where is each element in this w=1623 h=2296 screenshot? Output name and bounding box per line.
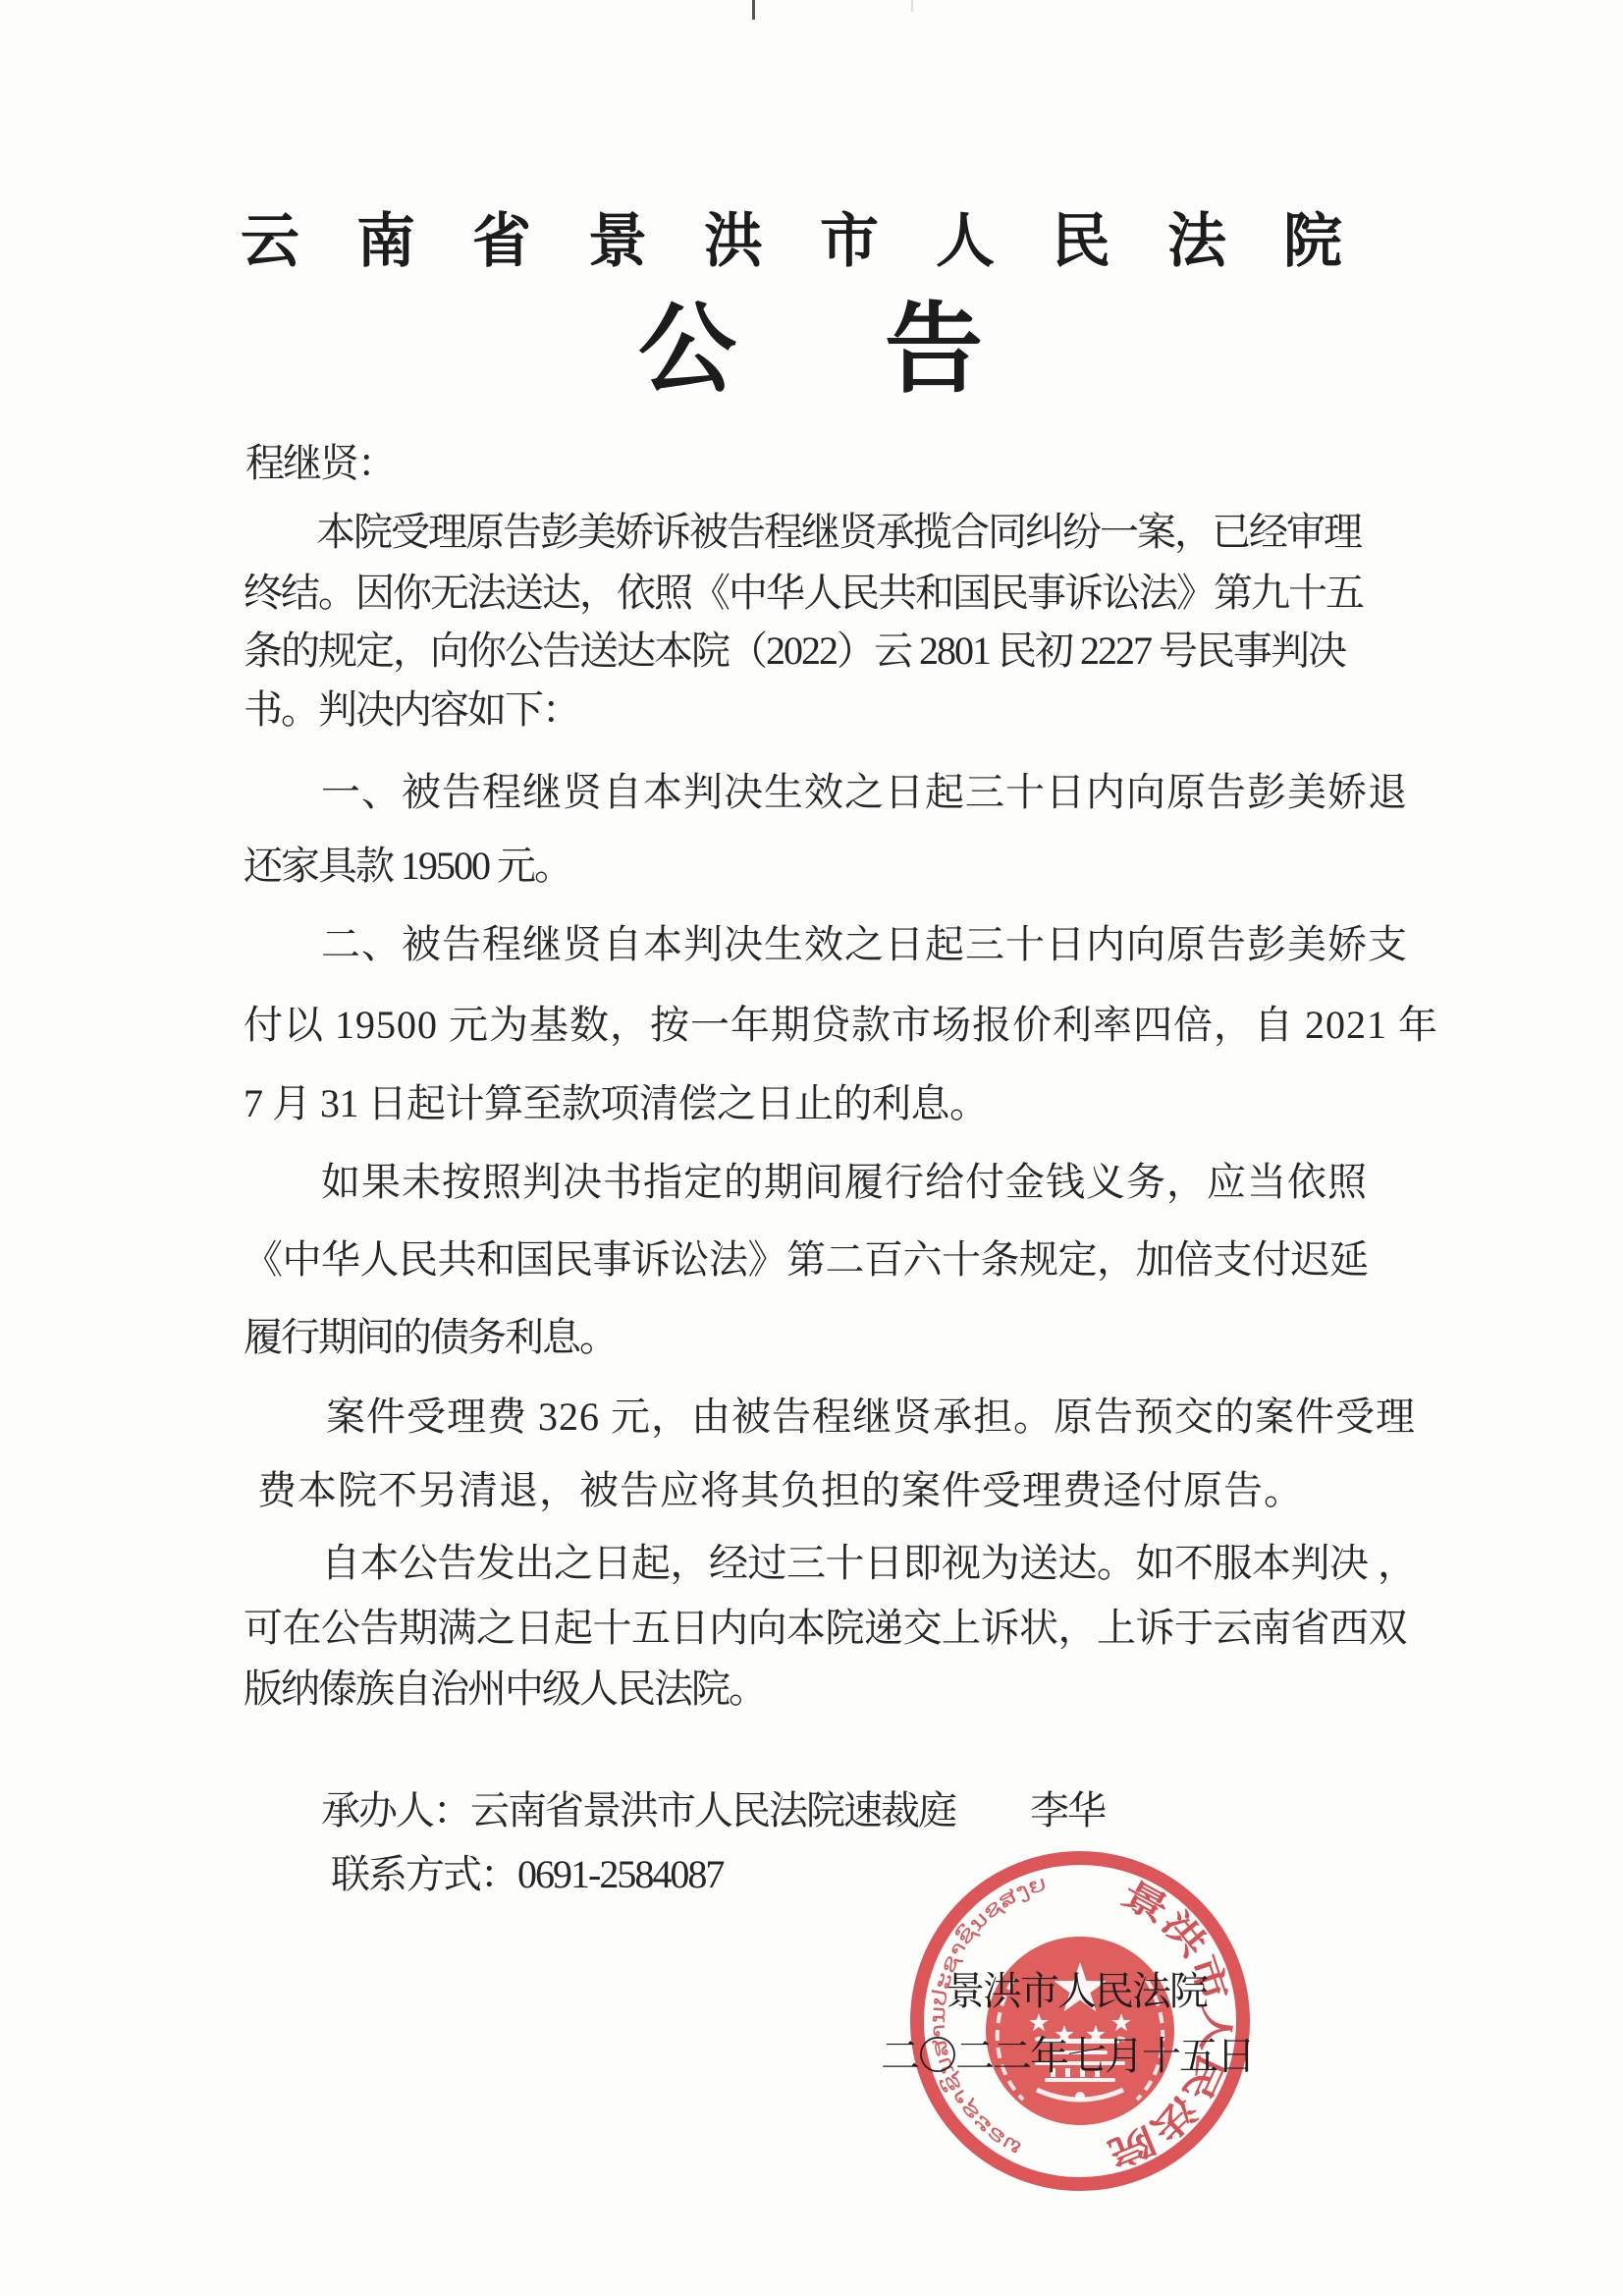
- announcement-title-char-1: 公: [638, 301, 736, 399]
- body-line: 书。判决内容如下：: [243, 688, 579, 732]
- official-court-seal: ພຣະຊາຊົນສານປະຊາຊົນຊສງຍ 景洪市人民法院: [903, 1844, 1257, 2198]
- body-line-addressee: 程继贤：: [245, 442, 395, 485]
- body-line-item-1: 一、被告程继贤自本判决生效之日起三十日内向原告彭美娇退: [321, 771, 1408, 814]
- body-line: 自本公告发出之日起，经过三十日即视为送达。如不服本判决 ，: [321, 1542, 1417, 1585]
- body-line: 案件受理费 326 元，由被告程继贤承担。原告预交的案件受理: [326, 1395, 1416, 1439]
- body-line: 如果未按照判决书指定的期间履行给付金钱义务，应当依照: [321, 1161, 1368, 1204]
- court-name-title: 云南省景洪市人民法院: [241, 212, 1399, 271]
- seal-overlay-date: 二〇二二年七月十五日: [881, 2037, 1254, 2076]
- body-line: 还家具款 19500 元。: [243, 845, 571, 888]
- body-line: 本院受理原告彭美娇诉被告程继贤承揽合同纠纷一案，已经审理: [316, 511, 1361, 554]
- body-line: 7 月 31 日起计算至款项清偿之日止的利息。: [243, 1082, 989, 1125]
- scan-registration-mark-faint: [911, 0, 913, 12]
- body-line-undertaker: 承办人：云南省景洪市人民法院速裁庭 李华: [321, 1789, 1105, 1832]
- body-line: 《中华人民共和国民事诉讼法》第二百六十条规定，加倍支付迟延: [243, 1238, 1369, 1282]
- body-line: 费本院不另清退，被告应将其负担的案件受理费迳付原告。: [257, 1469, 1304, 1512]
- body-line: 条的规定，向你公告送达本院（2022）云 2801 民初 2227 号民事判决: [243, 629, 1345, 673]
- body-line-contact-phone: 联系方式：0691-2584087: [331, 1853, 723, 1896]
- scan-registration-mark: [752, 0, 755, 20]
- body-line: 版纳傣族自治州中级人民法院。: [243, 1667, 766, 1711]
- announcement-title-char-2: 告: [885, 301, 983, 399]
- body-line: 可在公告期满之日起十五日内向本院递交上诉状，上诉于云南省西双: [243, 1607, 1407, 1650]
- body-line: 付以 19500 元为基数，按一年期贷款市场报价利率四倍，自 2021 年: [243, 1004, 1438, 1047]
- body-line-item-2: 二、被告程继贤自本判决生效之日起三十日内向原告彭美娇支: [321, 923, 1408, 966]
- seal-overlay-court-name: 景洪市人民法院: [946, 1972, 1207, 2011]
- body-line: 终结。因你无法送达，依照《中华人民共和国民事诉讼法》第九十五: [243, 572, 1363, 615]
- body-line: 履行期间的债务利息。: [243, 1316, 617, 1359]
- court-announcement-page: 云南省景洪市人民法院 公 告 程继贤： 本院受理原告彭美娇诉被告程继贤承揽合同纠…: [0, 0, 1623, 2296]
- national-emblem: [986, 1937, 1174, 2125]
